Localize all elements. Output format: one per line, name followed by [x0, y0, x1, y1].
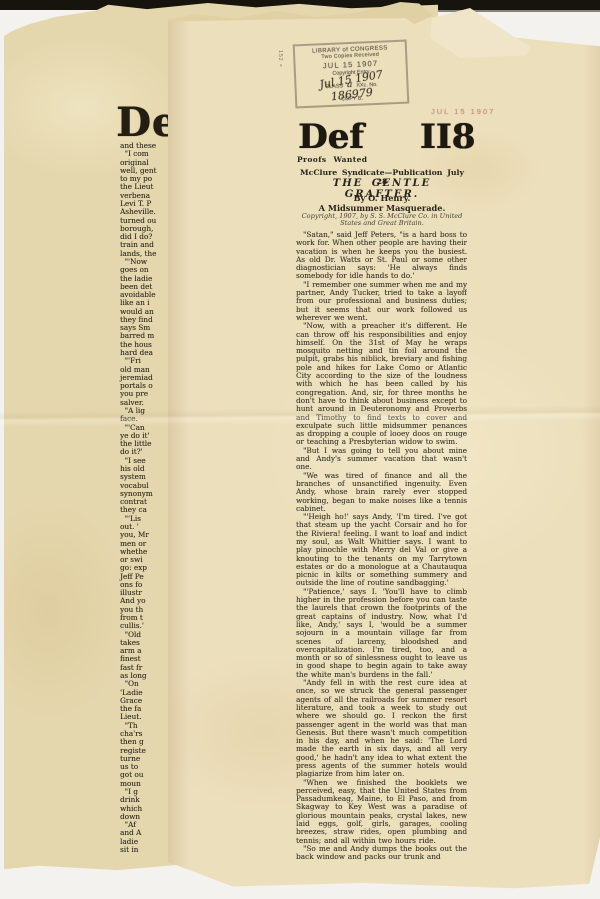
story-paragraph: "Andy fell in with the rest cure idea at… [296, 679, 467, 779]
slug-def: Def [298, 122, 364, 152]
front-galley-sheet: 152 = LIBRARY of CONGRESS Two Copies Rec… [168, 12, 600, 890]
author-byline: By O. Henry. [296, 193, 468, 203]
story-paragraph: "So me and Andy dumps the books out the … [296, 845, 467, 862]
scanned-document-page: Def and these "I comoriginalwell, gentto… [0, 0, 600, 899]
story-paragraph: "We was tired of finance and all the bra… [296, 472, 467, 513]
story-paragraph: "I remember one summer when me and my pa… [296, 281, 467, 322]
story-paragraph: "Now, with a preacher it's different. He… [296, 322, 467, 446]
proofs-wanted-line: Proofs Wanted [297, 155, 367, 164]
margin-mark: 152 = [277, 50, 283, 68]
story-paragraph: "But I was going to tell you about mine … [296, 447, 467, 472]
page-slug-row: Def II8 [298, 122, 475, 152]
scanner-background-strip [430, 8, 600, 12]
story-paragraph: "'Patience,' says I. 'You'll have to cli… [296, 588, 467, 679]
story-body-text: "Satan," said Jeff Peters, "is a hard bo… [296, 231, 467, 887]
copyright-notice: Copyright, 1907, by S. S. McClure Co. in… [296, 213, 468, 228]
red-date-stamp: JUL 15 1907 [431, 107, 495, 116]
story-paragraph: "Satan," said Jeff Peters, "is a hard bo… [296, 231, 467, 281]
story-paragraph: "When we finished the booklets we percei… [296, 779, 467, 845]
story-paragraph: "'Heigh ho!' says Andy, 'I'm tired. I've… [296, 513, 467, 588]
slug-number: II8 [420, 122, 475, 152]
library-of-congress-stamp: LIBRARY of CONGRESS Two Copies Received … [293, 40, 410, 109]
